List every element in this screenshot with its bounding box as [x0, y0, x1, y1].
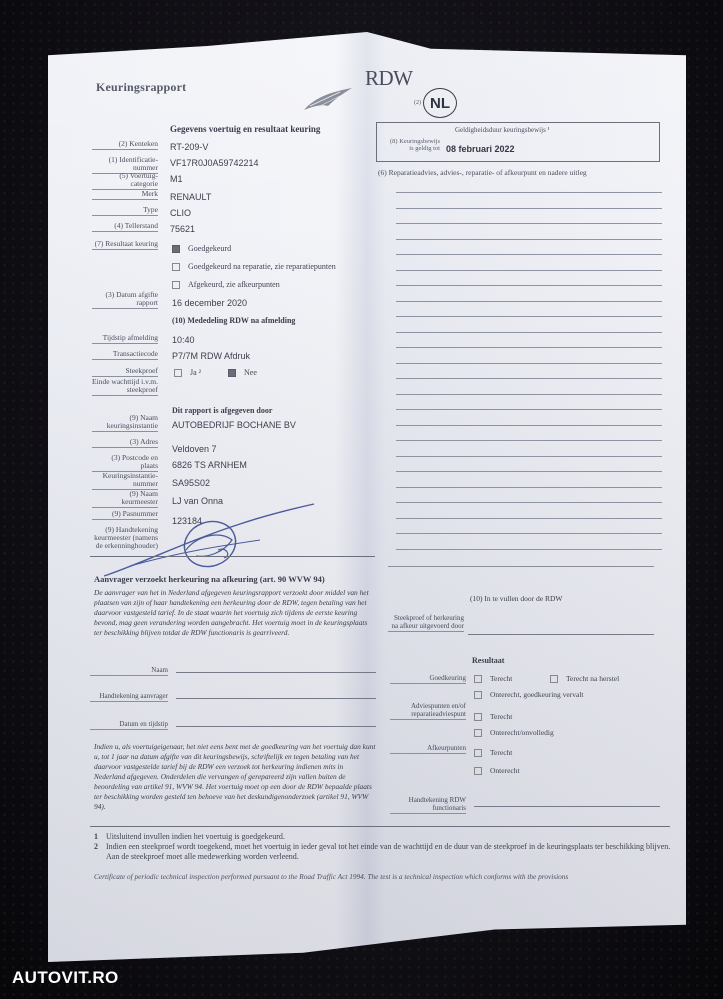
result-option[interactable]: Goedgekeurd — [172, 244, 231, 253]
performed-by-label: Steekproef of herkeuring na afkeur uitge… — [388, 614, 464, 632]
notice-heading: (10) Mededeling RDW na afmelding — [172, 316, 295, 325]
rdw-option-label: Onterecht — [490, 766, 520, 775]
result-option-label: Goedgekeurd — [188, 244, 231, 253]
rdw-divider — [388, 566, 654, 567]
validity-label: (8) Keuringsbewijs is geldig tot — [386, 138, 440, 152]
rdw-option[interactable]: Terecht — [474, 748, 512, 757]
field-value: CLIO — [170, 208, 191, 218]
checked-checkbox-icon[interactable] — [228, 369, 236, 377]
notice-value: P7/7M RDW Afdruk — [172, 351, 250, 361]
section-vehicle-heading: Gegevens voertuig en resultaat keuring — [170, 124, 320, 134]
field-label: (2) Kenteken — [92, 140, 158, 150]
result-label: (7) Resultaat keuring — [92, 240, 158, 250]
footnote: 1Uitsluitend invullen indien het voertui… — [94, 832, 679, 842]
checkbox-icon[interactable] — [474, 691, 482, 699]
repair-line[interactable] — [396, 316, 662, 317]
repair-line[interactable] — [396, 518, 662, 519]
repair-line[interactable] — [396, 394, 662, 395]
notice-value: 10:40 — [172, 335, 195, 345]
sample-label: Steekproef — [92, 367, 158, 377]
sample-option[interactable]: Ja ² — [174, 368, 201, 377]
rdw-option[interactable]: Onterecht — [474, 766, 520, 775]
footnote: 2Indien een steekproef wordt toegekend, … — [94, 842, 679, 862]
validity-title: Geldigheidsduur keuringsbewijs ¹ — [455, 126, 550, 134]
field-value: RT-209-V — [170, 142, 208, 152]
footnote-number: 2 — [94, 842, 98, 862]
owner-paragraph: Indien u, als voertuigeigenaar, het niet… — [94, 742, 376, 812]
rdw-brand: RDW — [365, 66, 413, 91]
issuer-label: (9) Naam keuringsinstantie — [92, 414, 158, 432]
repair-line[interactable] — [396, 471, 662, 472]
checkbox-icon[interactable] — [172, 263, 180, 271]
checkbox-icon[interactable] — [550, 675, 558, 683]
repair-line[interactable] — [396, 487, 662, 488]
checkbox-icon[interactable] — [174, 369, 182, 377]
result-option-label: Afgekeurd, zie afkeurpunten — [188, 280, 280, 289]
issuer-value: AUTOBEDRIJF BOCHANE BV — [172, 420, 296, 430]
rdw-option-label: Onterecht/onvolledig — [490, 728, 554, 737]
repair-line[interactable] — [396, 347, 662, 348]
checkbox-icon[interactable] — [474, 749, 482, 757]
footnote-number: 1 — [94, 832, 98, 842]
rdw-group-label: Adviespunten en/of reparatieadviespunt — [390, 702, 466, 720]
result-option[interactable]: Afgekeurd, zie afkeurpunten — [172, 280, 280, 289]
issuer-label: (3) Postcode en plaats — [92, 454, 158, 472]
field-label: (4) Tellerstand — [92, 222, 158, 232]
rdw-option[interactable]: Terecht — [474, 674, 512, 683]
repair-line[interactable] — [396, 285, 662, 286]
field-label: Type — [92, 206, 158, 216]
result-option-label: Goedgekeurd na reparatie, zie reparatiep… — [188, 262, 336, 271]
country-badge: NL — [423, 88, 457, 118]
field-value: 75621 — [170, 224, 195, 234]
appeal-field-line[interactable] — [176, 726, 376, 727]
autovit-watermark: AUTOVIT.RO — [12, 968, 119, 988]
checkbox-icon[interactable] — [474, 729, 482, 737]
checkbox-icon[interactable] — [474, 767, 482, 775]
field-value: VF17R0J0A59742214 — [170, 158, 259, 168]
rdw-group-label: Afkeurpunten — [390, 744, 466, 754]
checkbox-icon[interactable] — [172, 281, 180, 289]
appeal-field-label: Naam — [90, 666, 168, 676]
field-value: M1 — [170, 174, 183, 184]
certificate-text: Certificate of periodic technical inspec… — [94, 872, 694, 881]
notice-label: Tijdstip afmelding — [92, 334, 158, 344]
repair-header: (6) Reparatieadvies, advies-, reparatie-… — [378, 168, 587, 177]
footnotes: 1Uitsluitend invullen indien het voertui… — [94, 832, 679, 862]
repair-line[interactable] — [396, 549, 662, 550]
sample-option[interactable]: Nee — [228, 368, 257, 377]
repair-line[interactable] — [396, 208, 662, 209]
rdw-leaf-logo-icon — [300, 84, 356, 112]
rdw-section-heading: (10) In te vullen door de RDW — [470, 594, 562, 603]
issuer-label: Keuringsinstantie-nummer — [92, 472, 158, 490]
repair-line[interactable] — [396, 223, 662, 224]
wait-label: Einde wachttijd i.v.m. steekproef — [92, 378, 158, 396]
rdw-signature-label: Handtekening RDW functionaris — [390, 796, 466, 814]
footnote-text: Indien een steekproef wordt toegekend, m… — [106, 842, 679, 862]
repair-line[interactable] — [396, 254, 662, 255]
field-value: RENAULT — [170, 192, 211, 202]
result-heading: Resultaat — [472, 656, 504, 665]
checked-checkbox-icon[interactable] — [172, 245, 180, 253]
date-value: 16 december 2020 — [172, 298, 247, 308]
issuer-value: 6826 TS ARNHEM — [172, 460, 247, 470]
document-title: Keuringsrapport — [96, 80, 186, 95]
issuer-value: SA95S02 — [172, 478, 210, 488]
performed-by-line[interactable] — [468, 634, 654, 635]
date-label: (3) Datum afgifte rapport — [92, 291, 158, 309]
repair-line[interactable] — [396, 409, 662, 410]
repair-line[interactable] — [396, 425, 662, 426]
issuer-value: Veldoven 7 — [172, 444, 217, 454]
rdw-option[interactable]: Terecht na herstel — [550, 674, 619, 683]
footnote-text: Uitsluitend invullen indien het voertuig… — [106, 832, 285, 842]
field-label: Merk — [92, 190, 158, 200]
checkbox-icon[interactable] — [474, 713, 482, 721]
country-sup: (2) — [414, 100, 421, 106]
rdw-group-label: Goedkeuring — [390, 674, 466, 684]
result-option[interactable]: Goedgekeurd na reparatie, zie reparatiep… — [172, 262, 336, 271]
rdw-option-label: Terecht — [490, 712, 512, 721]
signature-scribble — [100, 500, 320, 580]
appeal-field-label: Handtekening aanvrager — [90, 692, 168, 702]
repair-line[interactable] — [396, 239, 662, 240]
appeal-field-label: Datum en tijdstip — [90, 720, 168, 730]
sample-option-label: Ja ² — [190, 368, 201, 377]
repair-line[interactable] — [396, 502, 662, 503]
appeal-heading: Aanvrager verzoekt herkeuring na afkeuri… — [94, 574, 325, 584]
repair-line[interactable] — [396, 332, 662, 333]
rdw-option-label: Onterecht, goedkeuring vervalt — [490, 690, 584, 699]
rdw-option-label: Terecht — [490, 748, 512, 757]
repair-line[interactable] — [396, 440, 662, 441]
notice-label: Transactiecode — [92, 350, 158, 360]
issuer-heading: Dit rapport is afgegeven door — [172, 406, 272, 415]
appeal-divider — [90, 556, 375, 557]
appeal-paragraph: De aanvrager van het in Nederland afgege… — [94, 588, 374, 638]
field-label: (5) Voertuig-categorie — [92, 172, 158, 190]
issuer-label: (3) Adres — [92, 438, 158, 448]
repair-line[interactable] — [396, 192, 662, 193]
rdw-option-label: Terecht na herstel — [566, 674, 619, 683]
appeal-field-line[interactable] — [176, 698, 376, 699]
checkbox-icon[interactable] — [474, 675, 482, 683]
appeal-field-line[interactable] — [176, 672, 376, 673]
sample-option-label: Nee — [244, 368, 257, 377]
validity-date: 08 februari 2022 — [446, 144, 515, 154]
repair-line[interactable] — [396, 363, 662, 364]
footnote-divider — [90, 826, 670, 827]
rdw-option[interactable]: Onterecht, goedkeuring vervalt — [474, 690, 584, 699]
repair-line[interactable] — [396, 378, 662, 379]
repair-line[interactable] — [396, 456, 662, 457]
repair-line[interactable] — [396, 301, 662, 302]
rdw-option[interactable]: Onterecht/onvolledig — [474, 728, 554, 737]
rdw-option-label: Terecht — [490, 674, 512, 683]
country-code: NL — [430, 95, 450, 112]
repair-line[interactable] — [396, 270, 662, 271]
repair-line[interactable] — [396, 533, 662, 534]
rdw-option[interactable]: Terecht — [474, 712, 512, 721]
rdw-signature-line[interactable] — [474, 806, 660, 807]
